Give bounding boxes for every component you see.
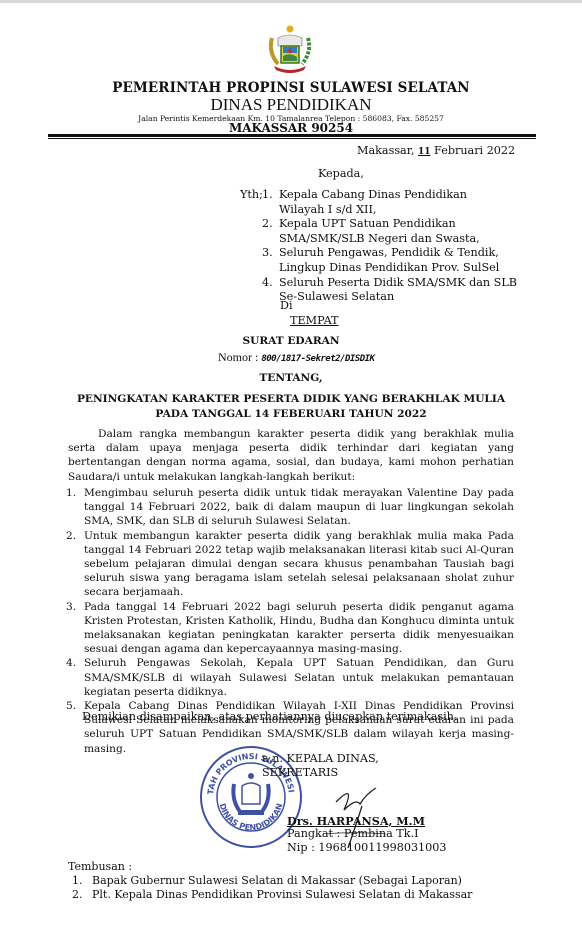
recipient-item: Wilayah I s/d XII, — [262, 203, 517, 218]
recipient-number — [262, 261, 279, 276]
scan-top-edge — [0, 0, 582, 3]
letterhead-city: MAKASSAR 90254 — [0, 121, 582, 135]
nomor-label: Nomor : — [218, 350, 261, 364]
date-rest: Februari 2022 — [431, 144, 516, 157]
instruction-text: Seluruh Pengawas Sekolah, Kepala UPT Sat… — [84, 656, 514, 699]
recipient-text: Kepala UPT Satuan Pendidikan — [279, 217, 456, 232]
recipient-item: Lingkup Dinas Pendidikan Prov. SulSel — [262, 261, 517, 276]
recipient-item: 4.Seluruh Peserta Didik SMA/SMK dan SLB — [262, 276, 517, 291]
tembusan-number: 2. — [72, 888, 92, 902]
letterhead-government: PEMERINTAH PROPINSI SULAWESI SELATAN — [0, 80, 582, 96]
letterhead-rule-thin — [48, 138, 536, 139]
instruction-number: 5. — [66, 699, 84, 756]
recipient-number — [262, 232, 279, 247]
letterhead-rule-thick — [48, 134, 536, 137]
intro-paragraph: Dalam rangka membangun karakter peserta … — [68, 427, 514, 484]
instruction-item: 2.Untuk membangun karakter peserta didik… — [66, 529, 514, 600]
recipient-number: 2. — [262, 217, 279, 232]
svg-text:DINAS PENDIDIKAN: DINAS PENDIDIKAN — [218, 802, 285, 832]
tembusan-number: 1. — [72, 874, 92, 888]
recipient-number: 3. — [262, 246, 279, 261]
signature-title: a.n. KEPALA DINAS, — [262, 752, 379, 767]
recipient-number: 4. — [262, 276, 279, 291]
recipient-text: SMA/SMK/SLB Negeri dan Swasta, — [279, 232, 480, 247]
letterhead-agency: DINAS PENDIDIKAN — [0, 95, 582, 115]
tembusan-text: Plt. Kepala Dinas Pendidikan Provinsi Su… — [92, 888, 472, 902]
yth-label: Yth; — [240, 188, 263, 203]
instruction-number: 3. — [66, 600, 84, 657]
tentang-label: TENTANG, — [0, 372, 582, 384]
subject-title: PENINGKATAN KARAKTER PESERTA DIDIK YANG … — [0, 392, 582, 422]
recipient-item: 1.Kepala Cabang Dinas Pendidikan — [262, 188, 517, 203]
signatory-nip: Nip : 196810011998031003 — [287, 841, 447, 856]
tembusan-item: 2.Plt. Kepala Dinas Pendidikan Provinsi … — [68, 888, 472, 902]
recipient-item: SMA/SMK/SLB Negeri dan Swasta, — [262, 232, 517, 247]
recipient-number — [262, 290, 279, 305]
recipient-text: Lingkup Dinas Pendidikan Prov. SulSel — [279, 261, 499, 276]
document-type: SURAT EDARAN — [0, 335, 582, 347]
subject-line-2: PADA TANGGAL 14 FEBERUARI TAHUN 2022 — [0, 407, 582, 422]
recipient-item: 3.Seluruh Pengawas, Pendidik & Tendik, — [262, 246, 517, 261]
closing-sentence: Demikian disampaikan, atas perhatiannya … — [82, 710, 457, 725]
kepada-label: Kepada, — [318, 167, 364, 182]
instruction-item: 3.Pada tanggal 14 Februari 2022 bagi sel… — [66, 600, 514, 657]
recipient-item: 2.Kepala UPT Satuan Pendidikan — [262, 217, 517, 232]
date-prefix: Makassar, — [357, 144, 418, 157]
tembusan-text: Bapak Gubernur Sulawesi Selatan di Makas… — [92, 874, 462, 888]
instruction-text: Pada tanggal 14 Februari 2022 bagi selur… — [84, 600, 514, 657]
recipient-list: 1.Kepala Cabang Dinas PendidikanWilayah … — [262, 188, 517, 305]
document-number: Nomor : 800/1817-Sekret2/DISDIK — [218, 350, 374, 365]
letter-date: Makassar, 11 Februari 2022 — [357, 144, 515, 160]
instruction-number: 1. — [66, 486, 84, 529]
recipient-text: Wilayah I s/d XII, — [279, 203, 376, 218]
date-day: 11 — [418, 147, 431, 157]
instruction-text: Untuk membangun karakter peserta didik y… — [84, 529, 514, 600]
instruction-text: Mengimbau seluruh peserta didik untuk ti… — [84, 486, 514, 529]
instruction-item: 1.Mengimbau seluruh peserta didik untuk … — [66, 486, 514, 529]
province-emblem-icon — [264, 24, 316, 74]
nomor-value: 800/1817-Sekret2/DISDIK — [261, 354, 374, 364]
subject-line-1: PENINGKATAN KARAKTER PESERTA DIDIK YANG … — [0, 392, 582, 407]
recipient-item: Se-Sulawesi Selatan — [262, 290, 517, 305]
tempat-label: TEMPAT — [290, 314, 339, 329]
signature-position: SEKRETARIS — [262, 766, 338, 781]
instruction-item: 4.Seluruh Pengawas Sekolah, Kepala UPT S… — [66, 656, 514, 699]
recipient-text: Se-Sulawesi Selatan — [279, 290, 394, 305]
recipient-number — [262, 203, 279, 218]
instruction-number: 4. — [66, 656, 84, 699]
instruction-number: 2. — [66, 529, 84, 600]
di-label: Di — [280, 299, 293, 314]
signatory-rank: Pangkat : Pembina Tk.I — [287, 827, 419, 842]
recipient-text: Seluruh Peserta Didik SMA/SMK dan SLB — [279, 276, 517, 291]
tembusan-item: 1.Bapak Gubernur Sulawesi Selatan di Mak… — [68, 874, 472, 888]
recipient-number: 1. — [262, 188, 279, 203]
tembusan-section: Tembusan : 1.Bapak Gubernur Sulawesi Sel… — [68, 860, 472, 901]
recipient-text: Kepala Cabang Dinas Pendidikan — [279, 188, 467, 203]
tembusan-label: Tembusan : — [68, 860, 472, 874]
recipient-text: Seluruh Pengawas, Pendidik & Tendik, — [279, 246, 499, 261]
